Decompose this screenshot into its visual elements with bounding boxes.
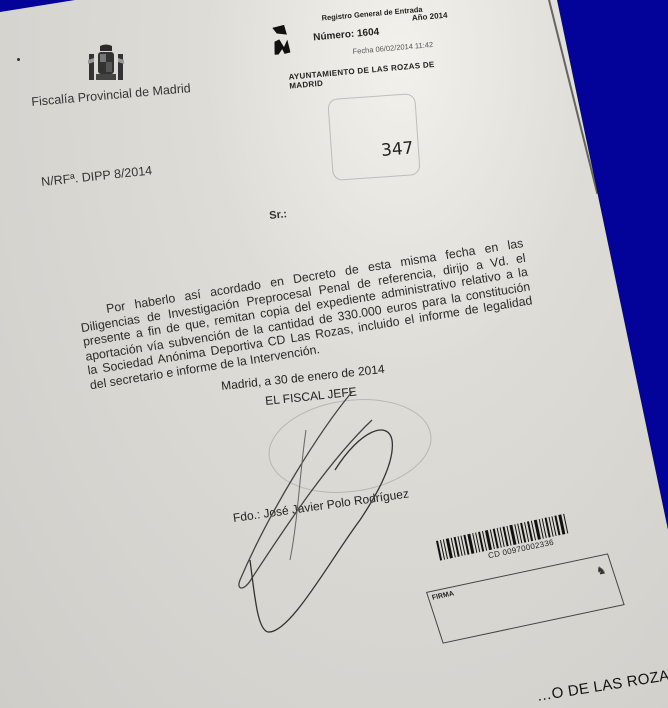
ayuntamiento-logo-icon — [272, 25, 291, 56]
registry-date-value: 06/02/2014 11:42 — [375, 40, 433, 54]
registry-number: Número: 1604 — [313, 27, 380, 44]
registry-title: Registro General de Entrada — [321, 5, 423, 23]
registry-year-label: Año — [412, 12, 428, 22]
registry-number-label: Número: — [313, 29, 355, 44]
registry-date: Fecha 06/02/2014 11:42 — [352, 40, 433, 56]
handwritten-number: 347 — [380, 138, 414, 161]
faint-stamp-box — [327, 93, 421, 181]
registry-number-value: 1604 — [357, 27, 380, 40]
registry-year: Año 2014 — [412, 11, 448, 23]
registry-year-value: 2014 — [429, 11, 448, 22]
signature-field-label: FIRMA — [431, 590, 455, 601]
speck — [17, 58, 20, 61]
spanish-coat-of-arms-icon — [84, 44, 128, 86]
registry-date-label: Fecha — [352, 45, 374, 56]
salutation: Sr.: — [269, 208, 288, 222]
crest-icon: ♞ — [594, 563, 608, 577]
